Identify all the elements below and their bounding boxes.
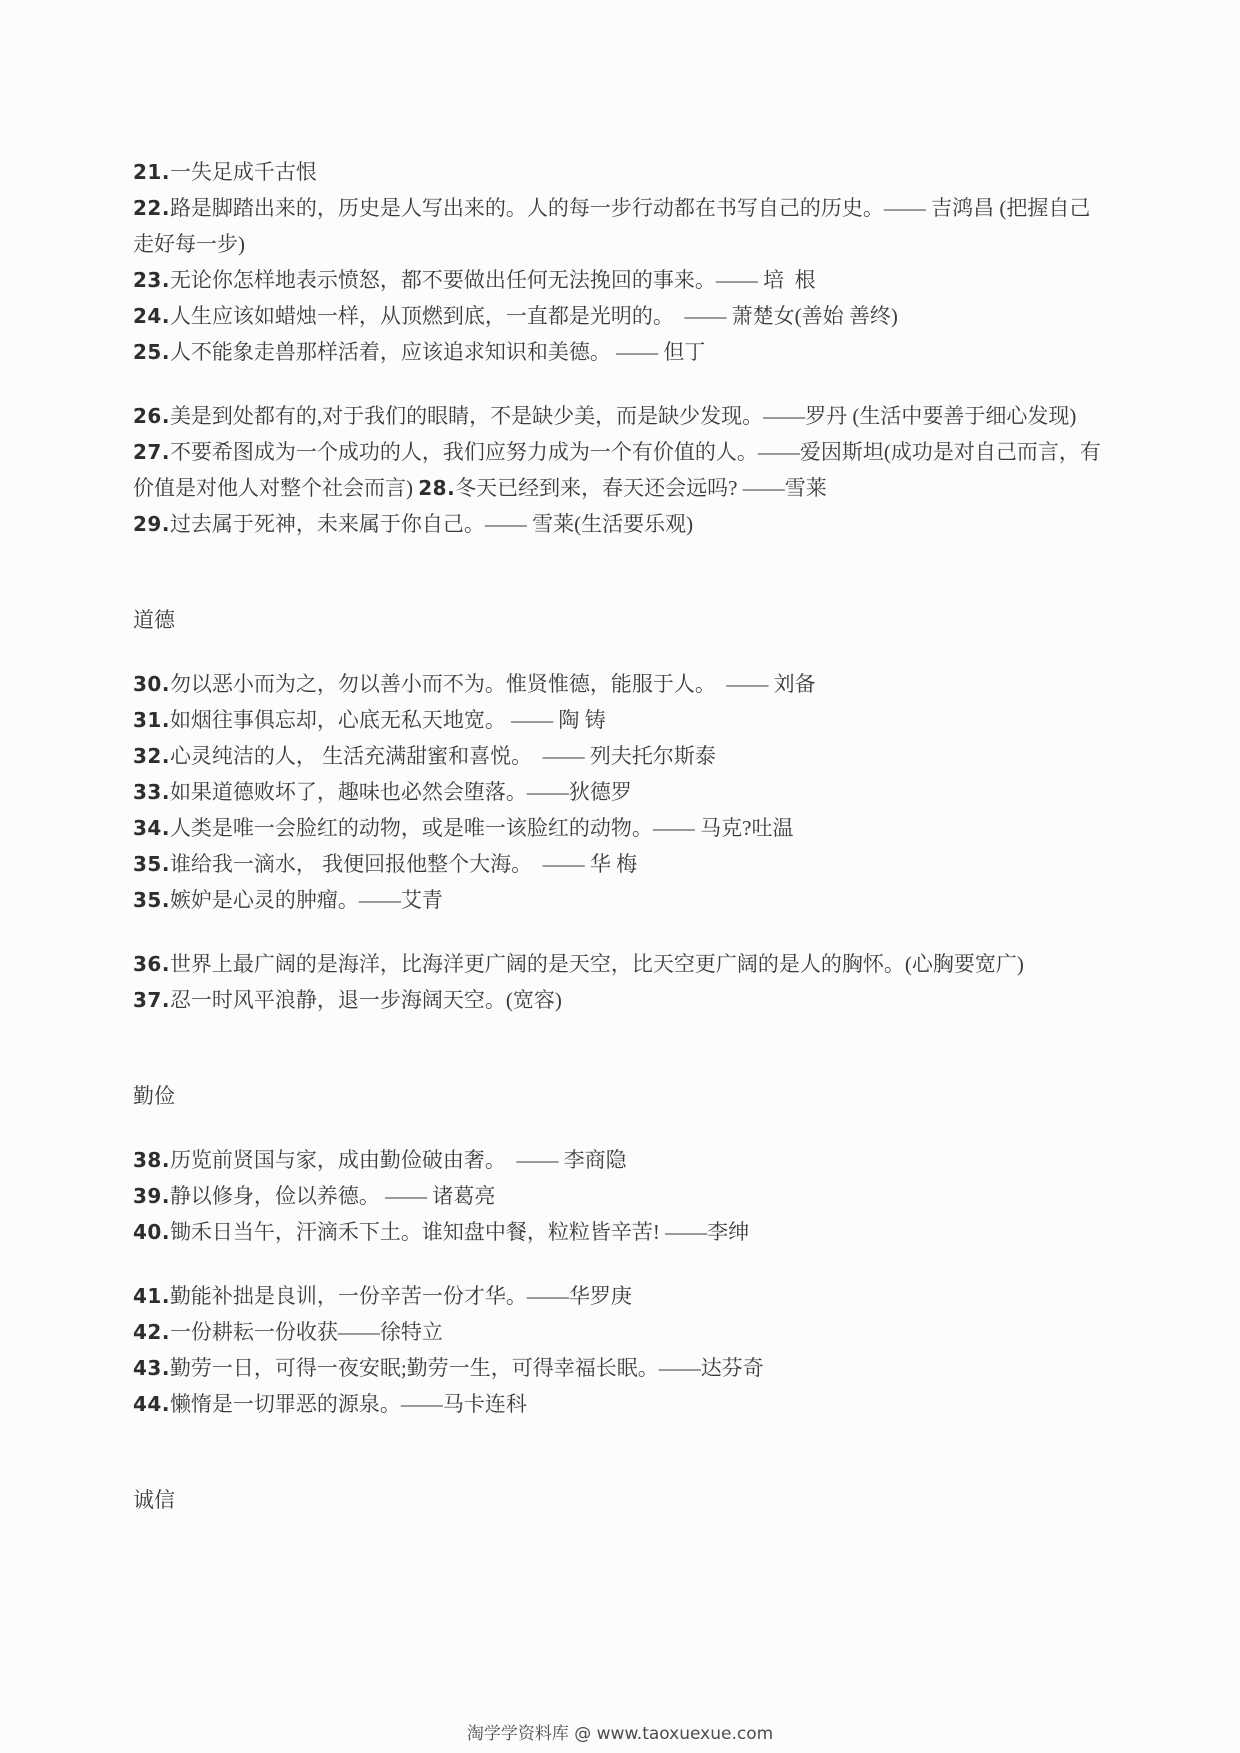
quote-number: 44. [133,1392,170,1416]
quote-number: 26. [133,404,170,428]
quote-line: 22.路是脚踏出来的，历史是人写出来的。人的每一步行动都在书写自己的历史。—— … [133,190,1108,262]
quote-text: 静以修身，俭以养德。 —— 诸葛亮 [170,1184,496,1208]
quote-line: 27.不要希图成为一个成功的人，我们应努力成为一个有价值的人。——爱因斯坦(成功… [133,434,1108,506]
quote-number: 31. [133,708,170,732]
quote-number: 22. [133,196,170,220]
quote-line: 32.心灵纯洁的人， 生活充满甜蜜和喜悦。 —— 列夫托尔斯泰 [133,738,1108,774]
quote-line: 29.过去属于死神，未来属于你自己。—— 雪莱(生活要乐观) [133,506,1108,542]
quote-number: 39. [133,1184,170,1208]
quote-number: 38. [133,1148,170,1172]
quote-number: 40. [133,1220,170,1244]
quote-text: 忍一时风平浪静，退一步海阔天空。(宽容) [170,988,562,1012]
quote-text: 勤劳一日，可得一夜安眠;勤劳一生，可得幸福长眠。——达芬奇 [170,1356,764,1380]
watermark-footer: 淘学学资料库 @ www.taoxuexue.com [0,1719,1240,1744]
quote-number: 25. [133,340,170,364]
quote-text: 人类是唯一会脸红的动物，或是唯一该脸红的动物。—— 马克?吐温 [170,816,794,840]
quote-text: 如果道德败坏了，趣味也必然会堕落。——狄德罗 [170,780,632,804]
quote-line: 42.一份耕耘一份收获——徐特立 [133,1314,1108,1350]
quote-number: 36. [133,952,170,976]
quotes-21-25: 21.一失足成千古恨22.路是脚踏出来的，历史是人写出来的。人的每一步行动都在书… [133,154,1108,370]
quote-line: 40.锄禾日当午，汗滴禾下土。谁知盘中餐，粒粒皆辛苦! ——李绅 [133,1214,1108,1250]
quote-text: 懒惰是一切罪恶的源泉。——马卡连科 [170,1392,527,1416]
quote-line: 38.历览前贤国与家，成由勤俭破由奢。 —— 李商隐 [133,1142,1108,1178]
quote-line: 25.人不能象走兽那样活着，应该追求知识和美德。 —— 但丁 [133,334,1108,370]
quote-text: 人不能象走兽那样活着，应该追求知识和美德。 —— 但丁 [170,340,706,364]
document-body: 21.一失足成千古恨22.路是脚踏出来的，历史是人写出来的。人的每一步行动都在书… [133,154,1108,1546]
quotes-26-29: 26.美是到处都有的,对于我们的眼睛，不是缺少美，而是缺少发现。——罗丹 (生活… [133,398,1108,542]
quote-line: 33.如果道德败坏了，趣味也必然会堕落。——狄德罗 [133,774,1108,810]
quote-number: 33. [133,780,170,804]
quote-text: 勿以恶小而为之，勿以善小而不为。惟贤惟德，能服于人。 —— 刘备 [170,672,816,696]
quotes-41-44: 41.勤能补拙是良训，一份辛苦一份才华。——华罗庚42.一份耕耘一份收获——徐特… [133,1278,1108,1422]
quote-line: 35.嫉妒是心灵的肿瘤。——艾青 [133,882,1108,918]
quotes-30-35: 30.勿以恶小而为之，勿以善小而不为。惟贤惟德，能服于人。 —— 刘备31.如烟… [133,666,1108,918]
quote-line: 21.一失足成千古恨 [133,154,1108,190]
quote-number: 28. [418,476,455,500]
quote-line: 41.勤能补拙是良训，一份辛苦一份才华。——华罗庚 [133,1278,1108,1314]
quote-text: 如烟往事俱忘却，心底无私天地宽。 —— 陶 铸 [170,708,606,732]
quote-line: 31.如烟往事俱忘却，心底无私天地宽。 —— 陶 铸 [133,702,1108,738]
quote-text: 无论你怎样地表示愤怒，都不要做出任何无法挽回的事来。—— 培 根 [170,268,816,292]
quote-line: 39.静以修身，俭以养德。 —— 诸葛亮 [133,1178,1108,1214]
quote-number: 29. [133,512,170,536]
quote-text: 过去属于死神，未来属于你自己。—— 雪莱(生活要乐观) [170,512,693,536]
quote-number: 23. [133,268,170,292]
quote-line: 30.勿以恶小而为之，勿以善小而不为。惟贤惟德，能服于人。 —— 刘备 [133,666,1108,702]
quote-text: 美是到处都有的,对于我们的眼睛，不是缺少美，而是缺少发现。——罗丹 (生活中要善… [170,404,1076,428]
quote-text: 谁给我一滴水， 我便回报他整个大海。 —— 华 梅 [170,852,637,876]
quote-line: 43.勤劳一日，可得一夜安眠;勤劳一生，可得幸福长眠。——达芬奇 [133,1350,1108,1386]
quotes-38-40: 38.历览前贤国与家，成由勤俭破由奢。 —— 李商隐39.静以修身，俭以养德。 … [133,1142,1108,1250]
quote-number: 24. [133,304,170,328]
quote-number: 21. [133,160,170,184]
quote-text: 锄禾日当午，汗滴禾下土。谁知盘中餐，粒粒皆辛苦! ——李绅 [170,1220,749,1244]
quote-line: 34.人类是唯一会脸红的动物，或是唯一该脸红的动物。—— 马克?吐温 [133,810,1108,846]
quote-line: 24.人生应该如蜡烛一样，从顶燃到底，一直都是光明的。 —— 萧楚女(善始 善终… [133,298,1108,334]
quote-text: 世界上最广阔的是海洋，比海洋更广阔的是天空，比天空更广阔的是人的胸怀。(心胸要宽… [170,952,1024,976]
quote-text: 一失足成千古恨 [170,160,317,184]
quote-number: 35. [133,852,170,876]
section-heading: 道德 [133,602,1108,638]
quote-text: 人生应该如蜡烛一样，从顶燃到底，一直都是光明的。 —— 萧楚女(善始 善终) [170,304,898,328]
quote-text: 路是脚踏出来的，历史是人写出来的。人的每一步行动都在书写自己的历史。—— 吉鸿昌… [133,196,1090,256]
quote-number: 41. [133,1284,170,1308]
quote-line: 26.美是到处都有的,对于我们的眼睛，不是缺少美，而是缺少发现。——罗丹 (生活… [133,398,1108,434]
quote-number: 42. [133,1320,170,1344]
quote-number: 34. [133,816,170,840]
quote-number: 32. [133,744,170,768]
quote-text: 嫉妒是心灵的肿瘤。——艾青 [170,888,443,912]
quote-text: 勤能补拙是良训，一份辛苦一份才华。——华罗庚 [170,1284,632,1308]
quote-number: 27. [133,440,170,464]
quote-number: 30. [133,672,170,696]
quote-number: 43. [133,1356,170,1380]
section-heading: 诚信 [133,1482,1108,1518]
quote-line: 36.世界上最广阔的是海洋，比海洋更广阔的是天空，比天空更广阔的是人的胸怀。(心… [133,946,1108,982]
document-page: 21.一失足成千古恨22.路是脚踏出来的，历史是人写出来的。人的每一步行动都在书… [0,0,1240,1753]
quote-line: 37.忍一时风平浪静，退一步海阔天空。(宽容) [133,982,1108,1018]
quotes-36-37: 36.世界上最广阔的是海洋，比海洋更广阔的是天空，比天空更广阔的是人的胸怀。(心… [133,946,1108,1018]
quote-text: 历览前贤国与家，成由勤俭破由奢。 —— 李商隐 [170,1148,627,1172]
quote-number: 37. [133,988,170,1012]
quote-line: 44.懒惰是一切罪恶的源泉。——马卡连科 [133,1386,1108,1422]
quote-number: 35. [133,888,170,912]
quote-text: 冬天已经到来，春天还会远吗? ——雪莱 [455,476,827,500]
quote-line: 23.无论你怎样地表示愤怒，都不要做出任何无法挽回的事来。—— 培 根 [133,262,1108,298]
section-heading: 勤俭 [133,1078,1108,1114]
quote-text: 一份耕耘一份收获——徐特立 [170,1320,443,1344]
quote-text: 心灵纯洁的人， 生活充满甜蜜和喜悦。 —— 列夫托尔斯泰 [170,744,716,768]
quote-line: 35.谁给我一滴水， 我便回报他整个大海。 —— 华 梅 [133,846,1108,882]
